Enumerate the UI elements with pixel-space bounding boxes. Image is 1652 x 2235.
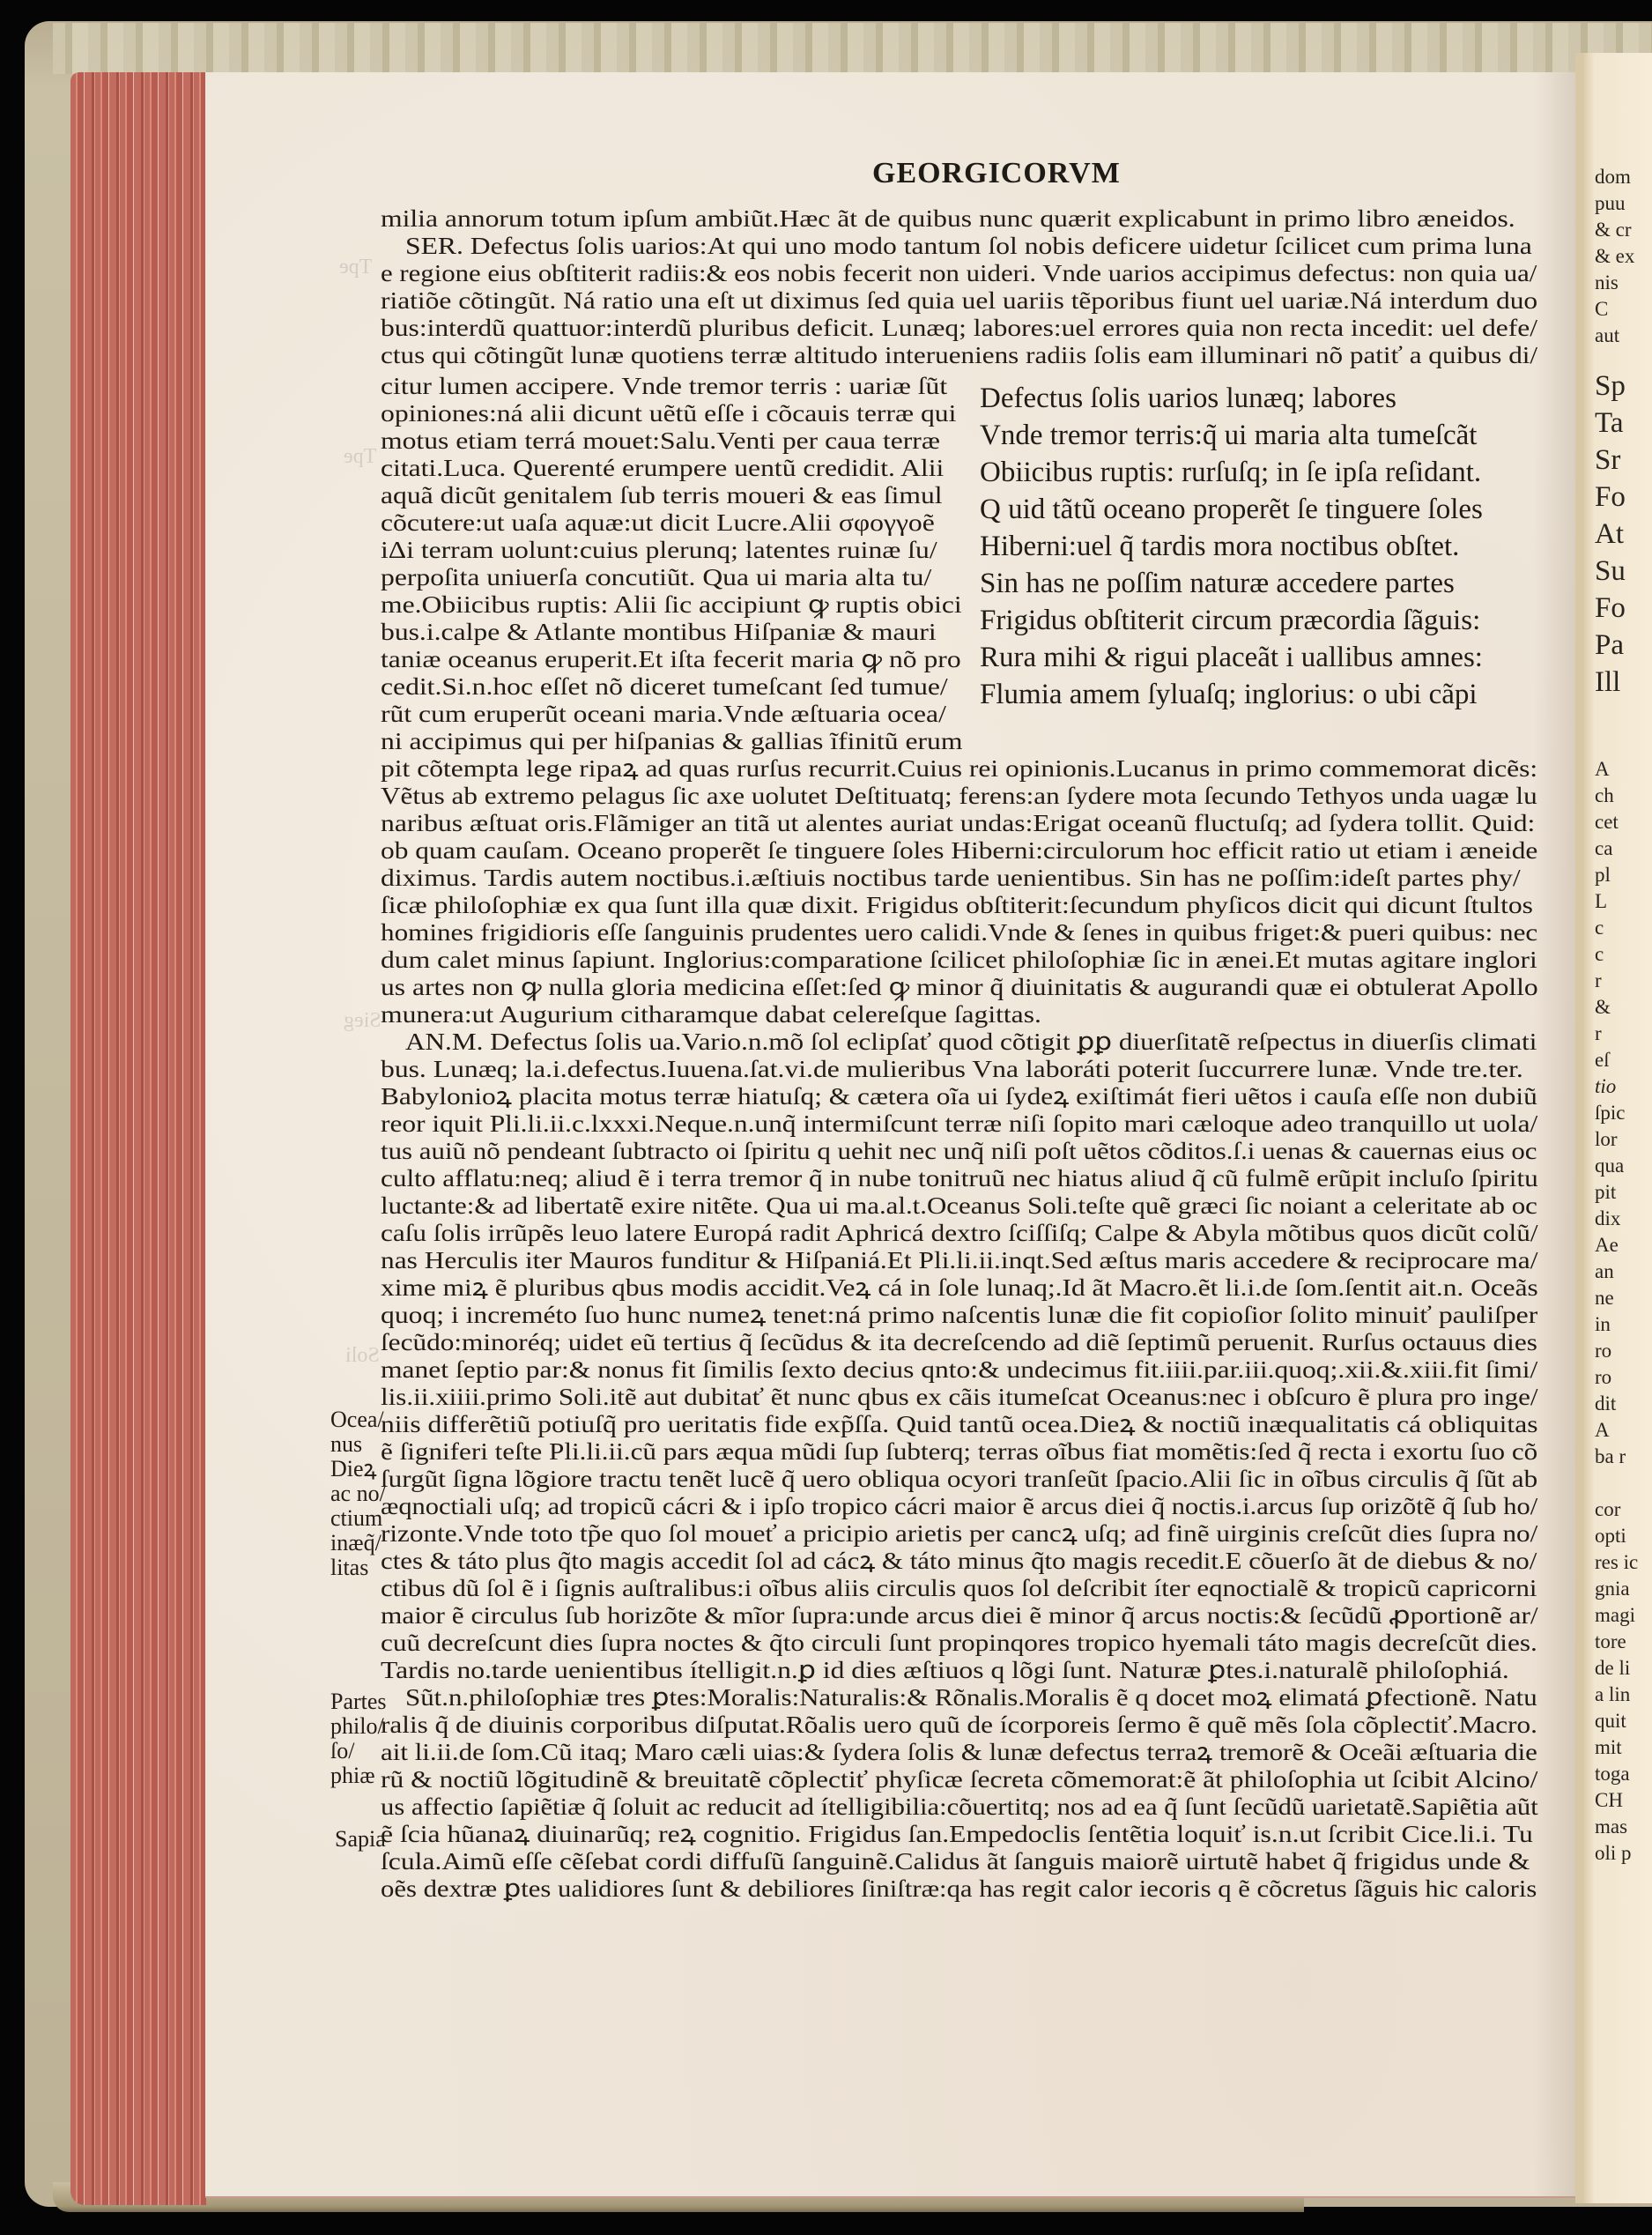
facing-line: a lin: [1595, 1683, 1630, 1706]
gloss-line: philo/: [330, 1714, 387, 1739]
verse-line: Sin has ne poſſim naturæ accedere partes: [980, 566, 1455, 601]
facing-line: Ae: [1595, 1234, 1619, 1257]
verse-line: Frigidus obſtiterit circum præcordia ſãg…: [980, 603, 1480, 638]
facing-verse-initial: Ill: [1595, 666, 1620, 699]
facing-verse-initial: Ta: [1595, 407, 1624, 440]
commentary-line: rũt cum eruperũt oceani maria.Vnde æſtua…: [381, 701, 946, 727]
commentary-line: ctus qui cõtingũt lunæ quotiens terræ al…: [381, 342, 1537, 368]
commentary-line: us affectio ſapiẽtiæ q̃ ſoluit ac reduci…: [381, 1793, 1538, 1820]
facing-line: &: [1595, 996, 1611, 1019]
facing-line: dix: [1595, 1207, 1620, 1230]
commentary-line: ob quam cauſam. Oceano properẽt ſe tingu…: [381, 837, 1537, 864]
commentary-line: milia annorum totum ipſum ambiũt.Hæc ãt …: [381, 205, 1515, 232]
commentary-line: bus. Lunæq; la.i.defectus.Iuuena.ſat.vi.…: [381, 1056, 1523, 1082]
verse-line: Rura mihi & rigui placeãt i uallibus amn…: [980, 640, 1483, 675]
facing-line: dom: [1595, 166, 1631, 189]
commentary-line: e regione eius obſtiterit radiis:& eos n…: [381, 260, 1537, 286]
facing-line: tio: [1595, 1075, 1616, 1098]
facing-line: ro: [1595, 1340, 1611, 1363]
facing-line: c: [1595, 917, 1604, 939]
commentary-line: ait li.ii.de ſom.Cũ itaq; Maro cæli uias…: [381, 1739, 1537, 1765]
facing-line: L: [1595, 890, 1607, 913]
commentary-line: pit cõtempta lege ripaꝝ ad quas rurſus r…: [381, 755, 1537, 782]
show-through-mark: Soli: [345, 1344, 380, 1368]
commentary-line: dum calet minus ſapiunt. Inglorius:compa…: [381, 947, 1537, 973]
facing-line: ſpic: [1595, 1102, 1626, 1125]
marginal-gloss-oceanus: Ocea/ nus Dieꝝ ac no/ ctium inæq̃/ litas: [330, 1407, 386, 1580]
facing-line: mit: [1595, 1736, 1622, 1759]
facing-line: ca: [1595, 837, 1612, 860]
commentary-line: citati.Luca. Querenté erumpere uentũ cre…: [381, 455, 944, 481]
facing-verse-initial: Su: [1595, 555, 1626, 588]
commentary-line: æqnoctiali uſq; ad tropicũ cácri & i ipſ…: [381, 1493, 1537, 1519]
commentary-line: me.Obiicibus ruptis: Alii ſic accipiunt …: [381, 591, 962, 618]
commentary-line: culto afflatu:neq; aliud ẽ i terra tremo…: [381, 1165, 1538, 1192]
commentary-line: ſcula.Aimũ eſſe cẽſebat cordi diffuſũ ſa…: [381, 1848, 1530, 1875]
facing-page-fragment: dom puu & cr & ex nis C aut Sp Ta Sr Fo …: [1575, 53, 1652, 2203]
gloss-line: ac no/: [330, 1481, 386, 1506]
commentary-line: ſurgũt ſigna lõgiore tractu tenẽt lucẽ q…: [381, 1466, 1537, 1492]
gloss-line: litas: [330, 1556, 386, 1580]
marginal-gloss-partes-philosophiae: Partes philo/ ſo/ phiæ: [330, 1689, 387, 1788]
gloss-line: phiæ: [330, 1763, 387, 1788]
facing-line: ro: [1595, 1366, 1611, 1389]
commentary-line: rũ & noctiũ lõgitudinẽ & breuitatẽ cõple…: [381, 1766, 1537, 1793]
facing-line: an: [1595, 1260, 1614, 1283]
commentary-line: ẽ ſigniferi teſte Pli.li.ii.cũ pars æqua…: [381, 1438, 1537, 1465]
gloss-line: Sapia: [335, 1827, 386, 1852]
verse-line: Obiicibus ruptis: rurſuſq; in ſe ipſa re…: [980, 455, 1481, 490]
commentary-line: ctibus dũ ſol ẽ i ſignis auſtralibus:i o…: [381, 1575, 1537, 1601]
verse-line: Defectus ſolis uarios lunæq; labores: [980, 381, 1396, 416]
facing-line: pl: [1595, 864, 1611, 887]
facing-verse-initial: Fo: [1595, 592, 1626, 625]
commentary-line: taniæ oceanus eruperit.Et iſta fecerit m…: [381, 646, 961, 672]
show-through-mark: Tpe: [344, 445, 376, 469]
commentary-line: Sũt.n.philoſophiæ tres ꝑtes:Moralis:Natu…: [405, 1684, 1537, 1711]
running-head: GEORGICORVM: [872, 157, 1121, 190]
facing-line: A: [1595, 1419, 1610, 1442]
verse-line: Flumia amem ſyluaſq; inglorius: o ubi cã…: [980, 677, 1478, 712]
commentary-line: bus.i.calpe & Atlante montibus Hiſpaniæ …: [381, 619, 937, 645]
commentary-line: ſicæ philoſophiæ ex qua ſunt illa quæ di…: [381, 892, 1533, 918]
commentary-line: opiniones:ná alii dicunt uẽtũ eſſe i cõc…: [381, 400, 956, 427]
commentary-line: SER. Defectus ſolis uarios:At qui uno mo…: [405, 233, 1532, 259]
commentary-line: diximus. Tardis autem noctibus.i.æſtiuis…: [381, 865, 1521, 891]
commentary-line: Tardis no.tarde uenientibus ítelligit.n.…: [381, 1657, 1509, 1683]
commentary-line: nas Herculis iter Mauros funditur & Hiſp…: [381, 1247, 1537, 1273]
commentary-line: tus auiũ nõ pendeant ſubtracto oi ſpirit…: [381, 1138, 1537, 1164]
commentary-line: lis.ii.xiiii.primo Soli.itẽ aut dubitať …: [381, 1384, 1538, 1410]
commentary-line: motus etiam terrá mouet:Salu.Venti per c…: [381, 427, 940, 454]
facing-line: c: [1595, 943, 1604, 966]
gloss-line: inæq̃/: [330, 1531, 386, 1556]
facing-line: de li: [1595, 1657, 1630, 1680]
facing-line: ch: [1595, 784, 1614, 807]
facing-line: lor: [1595, 1128, 1618, 1151]
verse-line: Vnde tremor terris:q̃ ui maria alta tume…: [980, 418, 1477, 453]
gloss-line: ctium: [330, 1506, 386, 1531]
commentary-line: homines frigidioris eſſe ſanguinis prude…: [381, 919, 1537, 946]
facing-line: aut: [1595, 324, 1619, 347]
facing-line: tore: [1595, 1630, 1626, 1653]
marginal-gloss-sapientia: Sapia: [335, 1827, 386, 1852]
commentary-line: perpoſita uniuerſa concutiũt. Qua ui mar…: [381, 564, 931, 590]
red-page-edges: [70, 72, 206, 2205]
commentary-line: niis differẽtiũ potiuſq̃ pro ueritatis f…: [381, 1411, 1538, 1437]
commentary-line: manet ſeptio par:& nonus fit ſimilis ſex…: [381, 1356, 1537, 1383]
show-through-mark: Tpe: [339, 256, 372, 279]
facing-line: A: [1595, 758, 1610, 781]
facing-line: oli p: [1595, 1842, 1632, 1865]
commentary-line: luctante:& ad libertatẽ exire nitẽte. Qu…: [381, 1192, 1537, 1219]
commentary-line: Vẽtus ab extremo pelagus ſic axe uolutet…: [381, 783, 1537, 809]
gloss-line: Partes: [330, 1689, 387, 1714]
commentary-line: ſecũdo:minoréq; uidet eũ tertius q̃ ſecũ…: [381, 1329, 1537, 1355]
facing-verse-initial: Pa: [1595, 629, 1624, 662]
commentary-line: oẽs dextræ ꝑtes ualidiores ſunt & debili…: [381, 1875, 1537, 1902]
facing-line: pit: [1595, 1181, 1616, 1204]
facing-line: dit: [1595, 1392, 1616, 1415]
commentary-line: bus:interdũ quattuor:interdũ pluribus de…: [381, 315, 1537, 341]
binding-top-edge: [53, 23, 1652, 74]
facing-line: res ic: [1595, 1551, 1638, 1574]
commentary-line: rizonte.Vnde toto tp̃e quo ſol moueť a p…: [381, 1520, 1537, 1547]
facing-line: & ex: [1595, 245, 1634, 268]
commentary-line: ẽ ſcia hũanaꝝ diuinarũq; reꝝ cognitio. F…: [381, 1821, 1533, 1847]
facing-line: puu: [1595, 192, 1626, 215]
commentary-line: reor iquit Pli.li.ii.c.lxxxi.Neque.n.unq…: [381, 1110, 1537, 1137]
commentary-line: AN.M. Defectus ſolis ua.Vario.n.mõ ſol e…: [405, 1028, 1537, 1055]
commentary-line: munera:ut Augurium citharamque dabat cel…: [381, 1001, 1041, 1028]
commentary-line: cõcutere:ut uaſa aquæ:ut dicit Lucre.Ali…: [381, 509, 935, 536]
verse-line: Q uid tãtũ oceano properẽt ſe tinguere ſ…: [980, 492, 1483, 527]
commentary-line: Babylonioꝝ placita motus terræ hiatuſq; …: [381, 1083, 1537, 1110]
facing-verse-initial: Sr: [1595, 444, 1620, 477]
facing-line: gnia: [1595, 1578, 1630, 1600]
facing-line: cet: [1595, 811, 1619, 834]
commentary-line: iΔi terram uolunt:cuius plerunq; latente…: [381, 537, 937, 563]
gloss-line: nus: [330, 1432, 386, 1457]
facing-line: toga: [1595, 1763, 1630, 1786]
facing-line: magi: [1595, 1604, 1635, 1627]
commentary-line: aquã dicũt genitalem ſub terris moueri &…: [381, 482, 943, 509]
facing-line: mas: [1595, 1815, 1627, 1838]
facing-line: quit: [1595, 1710, 1626, 1733]
commentary-line: maior ẽ circulus ſub horizõte & mĩor ſup…: [381, 1602, 1538, 1629]
facing-line: qua: [1595, 1155, 1624, 1177]
facing-line: in: [1595, 1313, 1611, 1336]
commentary-line: citur lumen accipere. Vnde tremor terris…: [381, 373, 947, 399]
verse-line: Hiberni:uel q̃ tardis mora noctibus obſt…: [980, 529, 1459, 564]
facing-verse-initial: At: [1595, 518, 1624, 551]
facing-line: r: [1595, 1022, 1602, 1045]
facing-line: C: [1595, 298, 1608, 321]
facing-line: ba r: [1595, 1445, 1626, 1468]
facing-line: & cr: [1595, 219, 1632, 241]
commentary-line: naribus æſtuat oris.Flãmiger an titã ut …: [381, 810, 1535, 836]
facing-line: cor: [1595, 1498, 1620, 1521]
commentary-line: ni accipimus qui per hiſpanias & gallias…: [381, 728, 962, 754]
commentary-line: quoq; i increméto ſuo hunc numeꝝ tenet:n…: [381, 1302, 1537, 1328]
show-through-mark: Sieg: [344, 1009, 382, 1033]
facing-line: CH: [1595, 1789, 1623, 1812]
facing-verse-initial: Sp: [1595, 370, 1626, 403]
gloss-line: Dieꝝ: [330, 1457, 386, 1481]
commentary-line: us artes non ꝙ nulla gloria medicina eſſ…: [381, 974, 1538, 1000]
commentary-line: caſu ſolis irrũpẽs leuo latere Europá ra…: [381, 1220, 1538, 1246]
gutter-shadow: [1533, 72, 1575, 2196]
facing-line: eſ: [1595, 1049, 1610, 1072]
commentary-line: xime miꝝ ẽ pluribus qbus modis accidit.V…: [381, 1274, 1538, 1301]
facing-line: r: [1595, 969, 1602, 992]
gloss-line: Ocea/: [330, 1407, 386, 1432]
commentary-line: cuũ decreſcunt dies ſupra noctes & q̃to …: [381, 1630, 1537, 1656]
commentary-line: riatiõe cõtingũt. Ná ratio una eſt ut di…: [381, 287, 1537, 314]
commentary-line: ralis q̃ de diuinis corporibus diſputat.…: [381, 1712, 1537, 1738]
facing-verse-initial: Fo: [1595, 481, 1626, 514]
facing-line: opti: [1595, 1525, 1626, 1548]
facing-line: nis: [1595, 271, 1619, 294]
commentary-line: cedit.Si.n.hoc eſſet nõ diceret tumeſcan…: [381, 673, 948, 700]
gloss-line: ſo/: [330, 1739, 387, 1763]
commentary-line: ctes & táto plus q̃to magis accedit ſol …: [381, 1548, 1537, 1574]
facing-line: ne: [1595, 1287, 1614, 1310]
